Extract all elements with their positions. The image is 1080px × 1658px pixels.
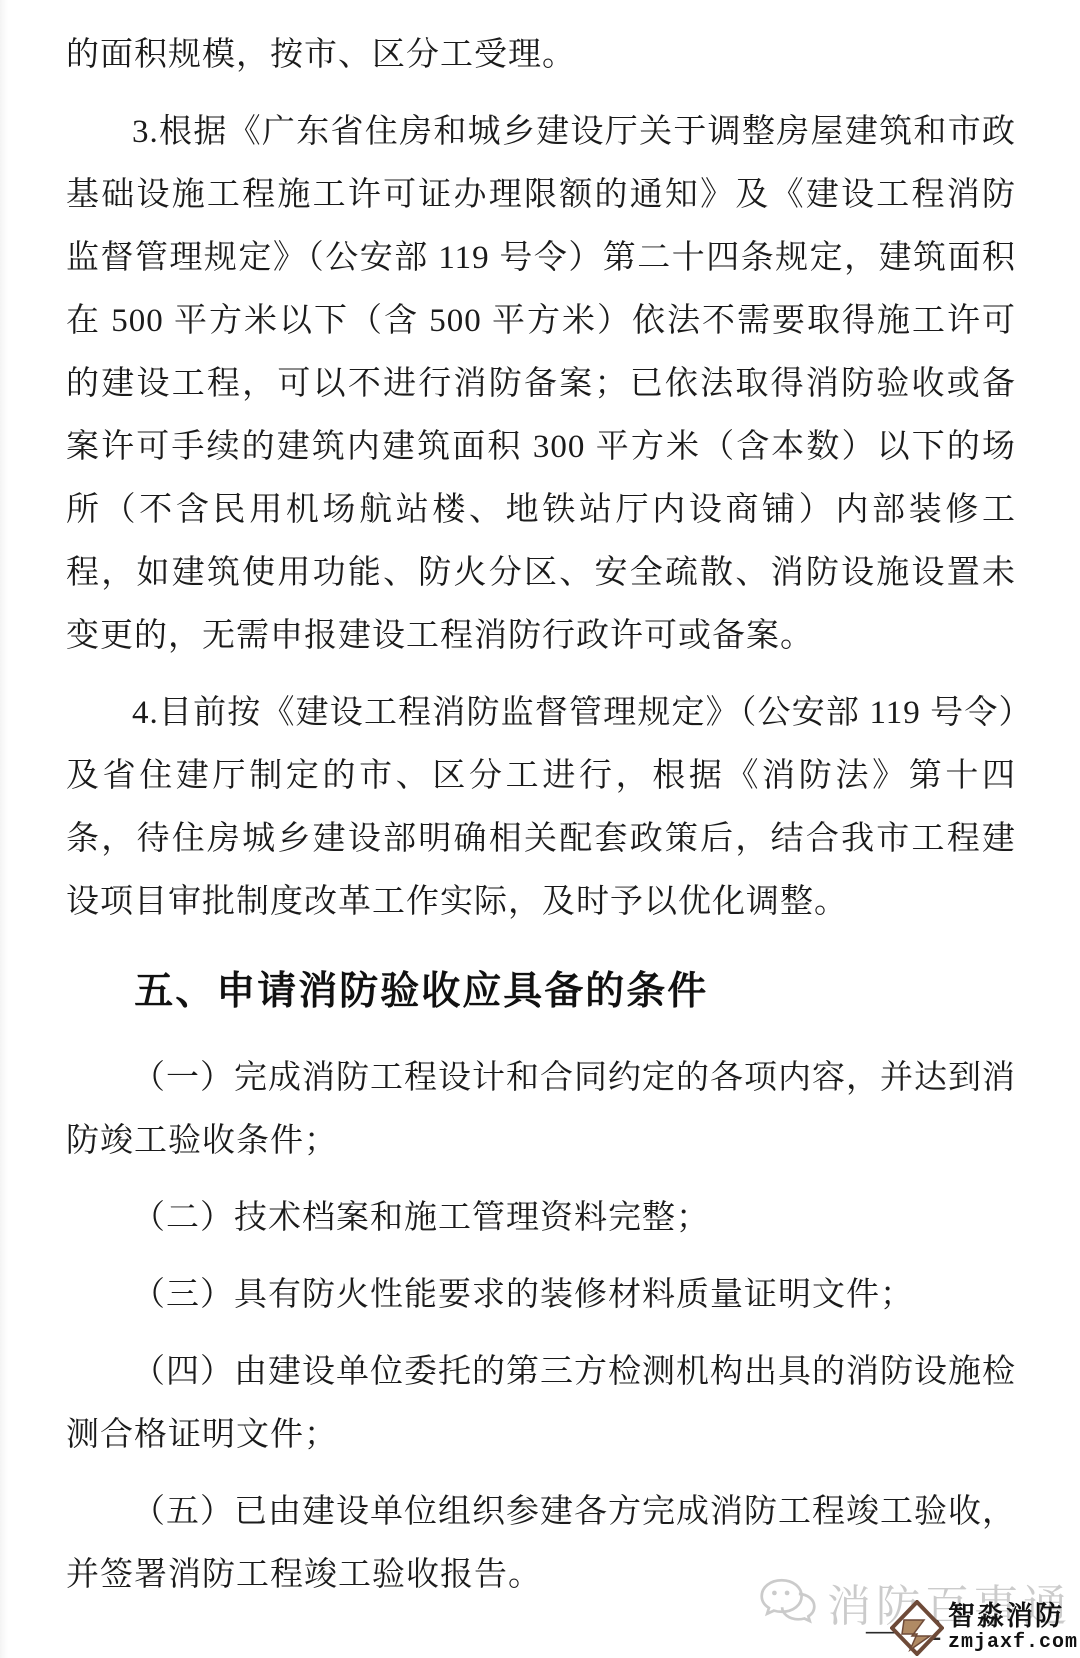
zhimiao-diamond-icon	[890, 1600, 944, 1656]
paragraph-condition-4: （四）由建设单位委托的第三方检测机构出具的消防设施检测合格证明文件；	[66, 1341, 1016, 1467]
wechat-icon	[759, 1577, 817, 1627]
paragraph-condition-2: （二）技术档案和施工管理资料完整；	[66, 1187, 1016, 1250]
document-body: 的面积规模，按市、区分工受理。 3.根据《广东省住房和城乡建设厅关于调整房屋建筑…	[0, 0, 1080, 1607]
brand-text-block: 智淼消防 zmjaxf.com	[948, 1603, 1078, 1653]
paragraph-condition-3: （三）具有防火性能要求的装修材料质量证明文件；	[66, 1264, 1016, 1327]
paragraph-continuation: 的面积规模，按市、区分工受理。	[66, 24, 1016, 87]
page-footer: 消防百事通 — 2 智淼消防 zmjaxf.com	[0, 1548, 1080, 1658]
document-page: 的面积规模，按市、区分工受理。 3.根据《广东省住房和城乡建设厅关于调整房屋建筑…	[0, 0, 1080, 1658]
section-heading: 五、申请消防验收应具备的条件	[66, 968, 1016, 1017]
paragraph-item-4: 4.目前按《建设工程消防监督管理规定》（公安部 119 号令）及省住建厅制定的市…	[66, 682, 1016, 934]
paragraph-item-3: 3.根据《广东省住房和城乡建设厅关于调整房屋建筑和市政基础设施工程施工许可证办理…	[66, 101, 1016, 668]
brand-url: zmjaxf.com	[948, 1633, 1078, 1653]
brand-logo: 智淼消防 zmjaxf.com	[890, 1600, 1078, 1656]
brand-name: 智淼消防	[948, 1603, 1078, 1630]
paragraph-condition-1: （一）完成消防工程设计和合同约定的各项内容，并达到消防竣工验收条件；	[66, 1047, 1016, 1173]
